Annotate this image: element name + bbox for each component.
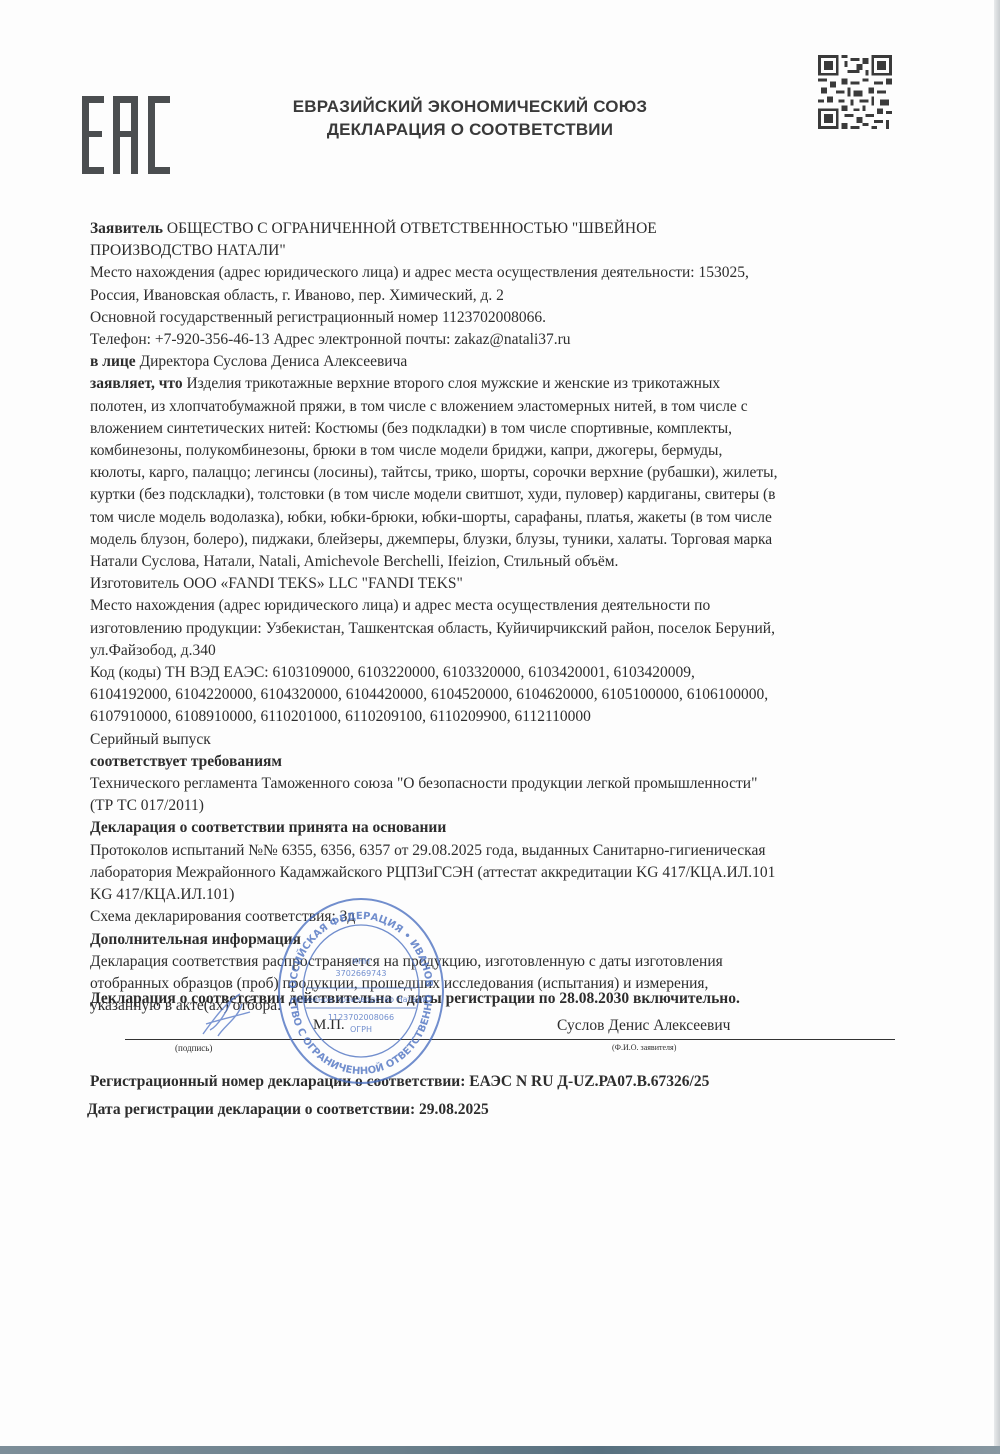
- product-text: куртки (без подскладки), толстовки (в то…: [90, 484, 910, 506]
- eac-logo-icon: [82, 96, 170, 174]
- additional-info-label: Дополнительная информация: [90, 929, 910, 951]
- seal-place-label: М.П.: [313, 1017, 345, 1034]
- page-edge: [994, 0, 1000, 1454]
- product-text: кюлоты, карго, палаццо; легинсы (лосины)…: [90, 462, 910, 484]
- name-caption: (Ф.И.О. заявителя): [612, 1043, 676, 1052]
- declaration-scheme: Схема декларирования соответствия: 3д: [90, 906, 910, 928]
- basis-text: Протоколов испытаний №№ 6355, 6356, 6357…: [90, 840, 910, 862]
- applicant-contacts: Телефон: +7-920-356-46-13 Адрес электрон…: [90, 329, 910, 351]
- signature-line: [125, 1039, 895, 1040]
- manufacturer-address: изготовлению продукции: Узбекистан, Ташк…: [90, 618, 910, 640]
- union-title: ЕВРАЗИЙСКИЙ ЭКОНОМИЧЕСКИЙ СОЮЗ: [250, 95, 690, 118]
- basis-label: Декларация о соответствии принята на осн…: [90, 817, 910, 839]
- manufacturer-line: Изготовитель ООО «FANDI TEKS» LLC "FANDI…: [90, 573, 910, 595]
- manufacturer-address: ул.Файзобод, д.340: [90, 640, 910, 662]
- applicant-line: Заявитель ОБЩЕСТВО С ОГРАНИЧЕННОЙ ОТВЕТС…: [90, 218, 910, 240]
- product-text: Изделия трикотажные верхние второго слоя…: [186, 375, 720, 392]
- declaration-title: ДЕКЛАРАЦИЯ О СООТВЕТСТВИИ: [250, 118, 690, 141]
- hs-codes: Код (коды) ТН ВЭД ЕАЭС: 6103109000, 6103…: [90, 662, 910, 684]
- basis-text: KG 417/КЦА.ИЛ.101): [90, 884, 910, 906]
- scan-bottom-edge: [0, 1446, 1000, 1454]
- basis-text: лаборатория Межрайонного Кадамжайского Р…: [90, 862, 910, 884]
- declares-line: заявляет, что Изделия трикотажные верхни…: [90, 373, 910, 395]
- applicant-name-cont: ПРОИЗВОДСТВО НАТАЛИ": [90, 240, 910, 262]
- signature-block: М.П. Суслов Денис Алексеевич (подпись) (…: [125, 1017, 895, 1057]
- applicant-address-1: Место нахождения (адрес юридического лиц…: [90, 262, 910, 284]
- declaration-page: ЕВРАЗИЙСКИЙ ЭКОНОМИЧЕСКИЙ СОЮЗ ДЕКЛАРАЦИ…: [0, 0, 994, 1446]
- applicant-address-2: Россия, Ивановская область, г. Иваново, …: [90, 285, 910, 307]
- hs-codes: 6104192000, 6104220000, 6104320000, 6104…: [90, 684, 910, 706]
- product-text: комбинезоны, полукомбинезоны, брюки в то…: [90, 440, 910, 462]
- compliance-label: соответствует требованиям: [90, 751, 910, 773]
- applicant-ogrn: Основной государственный регистрационный…: [90, 307, 910, 329]
- product-text: полотен, из хлопчатобумажной пряжи, в то…: [90, 396, 910, 418]
- regulation-text: (ТР ТС 017/2011): [90, 795, 910, 817]
- validity-statement: Декларация о соответствии действительна …: [90, 990, 740, 1008]
- representative-value: Директора Суслова Дениса Алексеевича: [140, 353, 408, 370]
- manufacturer-address: Место нахождения (адрес юридического лиц…: [90, 595, 910, 617]
- applicant-name: ОБЩЕСТВО С ОГРАНИЧЕННОЙ ОТВЕТСТВЕННОСТЬЮ…: [167, 220, 657, 237]
- signature-caption: (подпись): [175, 1043, 212, 1053]
- representative-line: в лице Директора Суслова Дениса Алексеев…: [90, 351, 910, 373]
- production-type: Серийный выпуск: [90, 729, 910, 751]
- hs-codes: 6107910000, 6108910000, 6110201000, 6110…: [90, 706, 910, 728]
- regulation-text: Технического регламента Таможенного союз…: [90, 773, 910, 795]
- signer-name: Суслов Денис Алексеевич: [557, 1017, 730, 1035]
- product-text: модель блузон, болеро), пиджаки, блейзер…: [90, 529, 910, 551]
- qr-code-icon[interactable]: [818, 55, 892, 129]
- declaration-body: Заявитель ОБЩЕСТВО С ОГРАНИЧЕННОЙ ОТВЕТС…: [90, 218, 910, 1017]
- applicant-label: Заявитель: [90, 220, 163, 237]
- product-text: вложением синтетических нитей: Костюмы (…: [90, 418, 910, 440]
- registration-number: Регистрационный номер декларации о соотв…: [90, 1073, 709, 1091]
- product-text: том числе модель водолазка), юбки, юбки-…: [90, 507, 910, 529]
- additional-info-text: Декларация соответствия распространяется…: [90, 951, 910, 973]
- representative-label: в лице: [90, 353, 136, 370]
- product-text: Натали Суслова, Натали, Natali, Amichevo…: [90, 551, 910, 573]
- registration-date: Дата регистрации декларации о соответств…: [87, 1101, 489, 1119]
- declares-label: заявляет, что: [90, 375, 183, 392]
- document-header: ЕВРАЗИЙСКИЙ ЭКОНОМИЧЕСКИЙ СОЮЗ ДЕКЛАРАЦИ…: [250, 95, 690, 141]
